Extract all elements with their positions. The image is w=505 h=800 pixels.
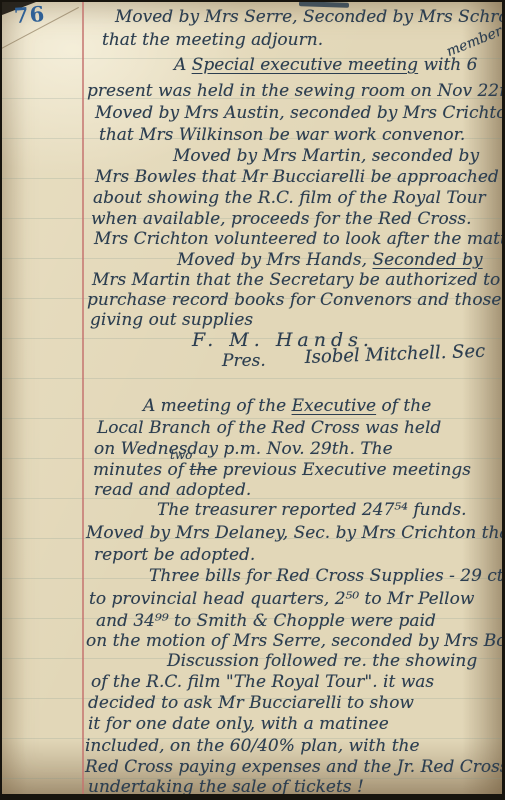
handwriting-line: present was held in the sewing room on N… <box>87 81 502 101</box>
handwriting-line: to provincial head quarters, 2⁵⁰ to Mr P… <box>89 589 474 609</box>
handwriting-line: Moved by Mrs Delaney, Sec. by Mrs Cricht… <box>86 523 502 543</box>
handwriting-line: two <box>170 449 192 461</box>
handwriting-line: Local Branch of the Red Cross was held <box>97 418 441 438</box>
handwriting-line: decided to ask Mr Bucciarelli to show <box>88 693 414 713</box>
handwriting-line: A meeting of the Executive of the <box>143 396 431 416</box>
handwriting-line: giving out supplies <box>90 310 253 330</box>
handwriting-layer: Moved by Mrs Serre, Seconded by Mrs Schr… <box>2 2 502 794</box>
handwriting-line: it for one date only, with a matinee <box>88 714 389 734</box>
handwriting-line: Mrs Crichton volunteered to look after t… <box>94 229 502 249</box>
handwriting-line: report be adopted. <box>94 545 255 565</box>
handwriting-line: that Mrs Wilkinson be war work convenor. <box>99 125 465 145</box>
handwriting-line: Moved by Mrs Serre, Seconded by Mrs Schr… <box>115 7 502 27</box>
handwriting-line: Moved by Mrs Hands, Seconded by <box>177 250 483 270</box>
handwriting-line: purchase record books for Convenors and … <box>87 290 501 310</box>
handwriting-line: Pres. <box>222 351 266 371</box>
handwriting-line: and 34⁹⁹ to Smith & Chopple were paid <box>96 611 436 631</box>
handwriting-line: The treasurer reported 247⁵⁴ funds. <box>157 500 467 520</box>
handwriting-line: about showing the R.C. film of the Royal… <box>93 188 486 208</box>
handwriting-line: Three bills for Red Cross Supplies - 29 … <box>149 566 502 586</box>
handwriting-line: on the motion of Mrs Serre, seconded by … <box>86 631 502 651</box>
handwriting-line: Moved by Mrs Austin, seconded by Mrs Cri… <box>95 103 502 123</box>
handwriting-line: Mrs Bowles that Mr Bucciarelli be approa… <box>95 167 499 187</box>
handwriting-line: that the meeting adjourn. <box>102 30 323 50</box>
handwriting-line: minutes of the previous Executive meetin… <box>93 460 471 480</box>
handwriting-line: on Wednesday p.m. Nov. 29th. The <box>94 439 393 459</box>
handwriting-line: Mrs Martin that the Secretary be authori… <box>92 270 500 290</box>
handwriting-line: included, on the 60/40% plan, with the <box>85 736 420 756</box>
scanned-page-photo: 76 Moved by Mrs Serre, Seconded by Mrs S… <box>0 0 505 800</box>
handwriting-line: Moved by Mrs Martin, seconded by <box>173 146 479 166</box>
handwriting-line: Isobel Mitchell. Sec <box>304 342 485 368</box>
handwriting-line: when available, proceeds for the Red Cro… <box>91 209 472 229</box>
handwriting-line: undertaking the sale of tickets ! <box>88 777 364 794</box>
handwriting-line: Discussion followed re. the showing <box>167 651 477 671</box>
handwriting-line: Red Cross paying expenses and the Jr. Re… <box>85 757 502 777</box>
ledger-page: 76 Moved by Mrs Serre, Seconded by Mrs S… <box>2 2 502 794</box>
handwriting-line: read and adopted. <box>94 480 251 500</box>
handwriting-line: of the R.C. film "The Royal Tour". it wa… <box>91 672 434 692</box>
handwriting-line: A Special executive meeting with 6 <box>174 55 477 75</box>
